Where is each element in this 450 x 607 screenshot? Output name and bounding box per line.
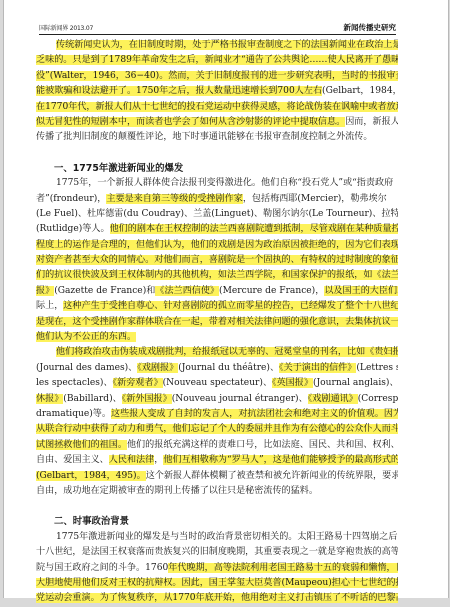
text-line: 程度上的运作是合理的，但他们认为，他们的戏剧是因为政治原因被拒绝的，因为它们表现… (36, 238, 398, 253)
intro-paragraph: 传统新闻史认为，在旧制度时期，处于严格书报审查制度之下的法国新闻业在政治上是乏味… (36, 38, 398, 146)
text-line: 党运动会重演。为了恢复秩序，从1770年底开始，他用绝对主义打击镇压了不听话的巴… (36, 591, 398, 598)
text-line: 院与国王政府之间的斗争。1760年代晚期，高等法院利用老国王路易十五的衰弱和懒惰… (36, 561, 398, 576)
highlighted-text: 他们认为不公正的东西。 (36, 332, 136, 342)
text-line: 传播了批判旧制度的颠覆性评论，地下时事通讯能够在书报审查制度控制之外流传。 (36, 130, 398, 145)
text-line: 们的抗议很快波及到王权体制内的其他机构，如法兰西学院，和国家保护的报纸，如《法兰… (36, 268, 398, 283)
text-line: 对资产者甚至大众的同情心。对他们而言，喜剧院是一个固执的、有特权的过时制度的象征… (36, 253, 398, 268)
text-line: 试图拯救他们的祖国。他们的报纸充满这样的责难口号，比如法庭、国民、共和国、权利、… (36, 438, 398, 453)
section-2-text: 1775年激进新闻业的爆发是与当时的政治背景密切相关的。太阳王路易十四驾崩之后的… (36, 530, 398, 598)
text-line: (Rutlidge)等人。他们的剧本在王权控制的法兰西喜剧院遭到抵制，尽管戏剧在… (36, 222, 398, 237)
text-line: 似无冒犯性的短剧本中，而读者也学会了如何从含沙射影的评论中提取信息。因而，新报人… (36, 115, 398, 130)
text-line: 十八世纪，是法国王权衰落而贵族复兴的旧制度晚期，其重要表现之一就是穿袍贵族的高等… (36, 545, 398, 560)
text-segment: ， (154, 455, 163, 465)
text-segment: les spectacles)、 (36, 378, 113, 388)
highlighted-text: 似无冒犯性的短剧本中，而读者也学会了如何从含沙射影的评论中提取信息。 (36, 117, 345, 127)
text-line: 休报》(Babillard)、《新外国报》(Nouveau journal ét… (36, 392, 398, 407)
highlighted-text: 乏味的。只是到了1789年革命发生之后，新闻业才“通告了公共舆论……使人民离开了… (36, 55, 398, 65)
highlighted-text: 年代晚期，高等法院利用老国王路易十五的衰弱和懒惰，日益 (168, 563, 398, 573)
text-line: (Le Fuel)、杜库德雷(du Coudray)、兰盖(Linguet)、勒… (36, 207, 398, 222)
highlighted-text: 《关于演出的信件》 (279, 363, 356, 373)
highlighted-text: 《新外国报》 (122, 394, 172, 404)
text-segment: 际上， (36, 301, 63, 311)
highlighted-text: 休报》 (36, 394, 63, 404)
section-heading-1: 一、1775年激进新闻业的爆发 (36, 161, 398, 176)
highlighted-text: (Gelbart，1984，495)。 (36, 471, 146, 481)
highlighted-text: 是现在，这个受挫剧作家群体联合在一起，带着对相关法律问题的强化意识，去集体抗议一… (36, 317, 398, 327)
text-segment: (Nouveau journal étranger)、 (172, 394, 308, 404)
text-segment: 他们的报纸充满这样的责难口号，比如法庭、国民、共和国、权利、公民、 (127, 440, 398, 450)
text-line: 在1770年代，新报人们从十七世纪的投石党运动中获得灵感，将论战伪装在讽喻中或者… (36, 100, 398, 115)
highlighted-text: 程度上的运作是合理的，但他们认为，他们的戏剧是因为政治原因被拒绝的，因为它们表现… (36, 240, 398, 250)
text-segment: (Journal des dames)、 (36, 363, 137, 373)
highlighted-text: 役”(Walter，1946，36−40)。然而，关于旧制度报刊的进一步研究表明… (36, 71, 398, 81)
text-segment: dramatique)等。 (36, 409, 111, 419)
text-segment: (Mercure de France)， (219, 286, 324, 296)
text-line: 能被欺骗和设法避开了。1750年之后，报人数量迅速增长到700人左右(Gelba… (36, 84, 398, 99)
highlighted-text: 这种产生于受挫自尊心、针对喜剧院的孤立而零星的控告，已经爆发了整个十八世纪。但 (63, 301, 398, 311)
text-segment: (Le Fuel)、杜库德雷(du Coudray)、兰盖(Linguet)、勒… (36, 209, 398, 219)
section-title: 新闻传播史研究 (344, 22, 397, 33)
text-segment: ，包括梅西耶(Mercier)，勒弗埃尔 (243, 194, 387, 204)
text-segment: 自由、爱国主义、 (36, 455, 109, 465)
highlighted-text: 党运动会重演。为了恢复秩序，从1770年底开始，他用绝对主义打击镇压了不听话的巴… (36, 593, 398, 598)
text-segment: 这个新报人群体模糊了被查禁和被允许新闻业的传统界限，要求言论 (146, 471, 398, 481)
text-line: 报》(Gazette de France)和《法兰西信使》(Mercure de… (36, 284, 398, 299)
section-1-text: 1775年，一个新报人群体使合法报刊变得激进化。他们自称“投石党人”或“指责政府… (36, 176, 398, 499)
highlighted-text: 《戏剧通讯》 (308, 394, 358, 404)
journal-issue: 国际新闻界 2013.07 (39, 23, 93, 32)
highlighted-text: 这些报人变成了自封的发言人，对抗法团社会和绝对主义的价值观。因为他们 (111, 409, 398, 419)
text-line: 自由，成功地在定期被审查的期刊上传播了以往只是秘密流传的猛料。 (36, 484, 398, 499)
text-segment: 院与国王政府之间的斗争。1760 (36, 563, 168, 573)
highlighted-text: 《法兰西信使》 (155, 286, 219, 296)
text-line: 大胆地使用他们反对王权的抗辩权。因此，国王掌玺大臣莫普(Maupeou)担心十七… (36, 576, 398, 591)
text-segment: (Babillard)、 (63, 394, 121, 404)
section-heading-2: 二、时事政治背景 (36, 514, 398, 529)
highlighted-text: 们的抗议很快波及到王权体制内的其他机构，如法兰西学院，和国家保护的报纸，如《法兰… (36, 270, 398, 280)
text-line: 是现在，这个受挫剧作家群体联合在一起，带着对相关法律问题的强化意识，去集体抗议一… (36, 315, 398, 330)
text-line: (Journal des dames)、《戏剧报》(Journal du thé… (36, 361, 398, 376)
text-line: 传统新闻史认为，在旧制度时期，处于严格书报审查制度之下的法国新闻业在政治上是 (36, 38, 398, 53)
text-line: les spectacles)、《新旁观者》(Nouveau spectateu… (36, 376, 398, 391)
text-segment: (Rutlidge)等人。 (36, 224, 110, 234)
text-line: 者”(frondeur)，主要是来自第三等级的受挫剧作家，包括梅西耶(Merci… (36, 192, 398, 207)
highlighted-text: 在1770年代，新报人们从十七世纪的投石党运动中获得灵感，将论战伪装在讽喻中或者… (36, 102, 398, 112)
highlighted-text: 《新旁观者》 (113, 378, 163, 388)
text-line: (Gelbart，1984，495)。这个新报人群体模糊了被查禁和被允许新闻业的… (36, 469, 398, 484)
highlighted-text: 大胆地使用他们反对王权的抗辩权。因此，国王掌玺大臣莫普(Maupeou)担心十七… (36, 578, 398, 588)
text-segment: (Gelbart，1984，493)。 (322, 86, 398, 96)
text-line: 1775年激进新闻业的爆发是与当时的政治背景密切相关的。太阳王路易十四驾崩之后的 (36, 530, 398, 545)
text-segment: 十八世纪，是法国王权衰落而贵族复兴的旧制度晚期，其重要表现之一就是穿袍贵族的高等… (36, 547, 398, 557)
page-header: 国际新闻界 2013.07 新闻传播史研究 (39, 22, 396, 35)
text-line: dramatique)等。这些报人变成了自封的发言人，对抗法团社会和绝对主义的价… (36, 407, 398, 422)
document-page: 国际新闻界 2013.07 新闻传播史研究 传统新闻史认为，在旧制度时期，处于严… (3, 0, 449, 598)
highlighted-text: 主要是来自第三等级的受挫剧作家 (106, 194, 242, 204)
text-line: 1775年，一个新报人群体使合法报刊变得激进化。他们自称“投石党人”或“指责政府 (36, 176, 398, 191)
text-line: 从联合行动中获得了动力和勇气，他们忘记了个人的委屈并且作为有公德心的公众仆人而斗… (36, 422, 398, 437)
text-line: 乏味的。只是到了1789年革命发生之后，新闻业才“通告了公共舆论……使人民离开了… (36, 53, 398, 68)
text-line: 自由、爱国主义、人民和法律，他们互相敬称为“罗马人”，这是他们能够授予的最高形式… (36, 453, 398, 468)
text-line: 他们认为不公正的东西。 (36, 330, 398, 345)
highlighted-text: 从联合行动中获得了动力和勇气，他们忘记了个人的委屈并且作为有公德心的公众仆人而斗… (36, 424, 398, 434)
highlighted-text: 能被欺骗和设法避开了。1750年之后，报人数量迅速增长到700人左右 (36, 86, 322, 96)
highlighted-text: 他们将政治攻击伪装成戏剧批判，给报纸冠以无辜的、冠冕堂皇的刊名，比如《贵妇报》 (56, 347, 398, 357)
highlighted-text: 《戏剧报》 (137, 363, 178, 373)
text-segment: (Correspondance (358, 394, 398, 404)
text-segment: (Journal du théâtre)、 (178, 363, 279, 373)
article-body: 传统新闻史认为，在旧制度时期，处于严格书报审查制度之下的法国新闻业在政治上是乏味… (36, 38, 398, 598)
highlighted-text: 以及国王的大臣们本身。 (324, 286, 398, 296)
text-line: 他们将政治攻击伪装成戏剧批判，给报纸冠以无辜的、冠冕堂皇的刊名，比如《贵妇报》 (36, 345, 398, 360)
text-segment: 1775年激进新闻业的爆发是与当时的政治背景密切相关的。太阳王路易十四驾崩之后的 (56, 532, 398, 542)
text-segment: (Lettres sur (356, 363, 398, 373)
text-segment: 自由，成功地在定期被审查的期刊上传播了以往只是秘密流传的猛料。 (36, 486, 318, 496)
text-segment: 者”(frondeur)， (36, 194, 106, 204)
highlighted-text: 人民和法律 (109, 455, 154, 465)
highlighted-text: 他们的剧本在王权控制的法兰西喜剧院遭到抵制，尽管戏剧在某种质量控制 (110, 224, 398, 234)
text-segment: 1775年，一个新报人群体使合法报刊变得激进化。他们自称“投石党人”或“指责政府 (56, 178, 393, 188)
text-segment: 因而，新报人巧妙 (345, 117, 398, 127)
text-segment: 传播了批判旧制度的颠覆性评论，地下时事通讯能够在书报审查制度控制之外流传。 (36, 132, 372, 142)
highlighted-text: 试图拯救他们的祖国。 (36, 440, 127, 450)
highlighted-text: 他们互相敬称为“罗马人”，这是他们能够授予的最高形式的赞美 (163, 455, 398, 465)
highlighted-text: 《英国报》 (272, 378, 313, 388)
highlighted-text: 对资产者甚至大众的同情心。对他们而言，喜剧院是一个固执的、有特权的过时制度的象征… (36, 255, 398, 265)
highlighted-text: 报》 (36, 286, 54, 296)
text-segment: (Gazette de France)和 (54, 286, 155, 296)
text-line: 役”(Walter，1946，36−40)。然而，关于旧制度报刊的进一步研究表明… (36, 69, 398, 84)
text-segment: (Nouveau spectateur)、 (163, 378, 272, 388)
highlighted-text: 传统新闻史认为，在旧制度时期，处于严格书报审查制度之下的法国新闻业在政治上是 (56, 40, 398, 50)
text-segment: (Journal anglais)、 (313, 378, 398, 388)
text-line: 际上，这种产生于受挫自尊心、针对喜剧院的孤立而零星的控告，已经爆发了整个十八世纪… (36, 299, 398, 314)
